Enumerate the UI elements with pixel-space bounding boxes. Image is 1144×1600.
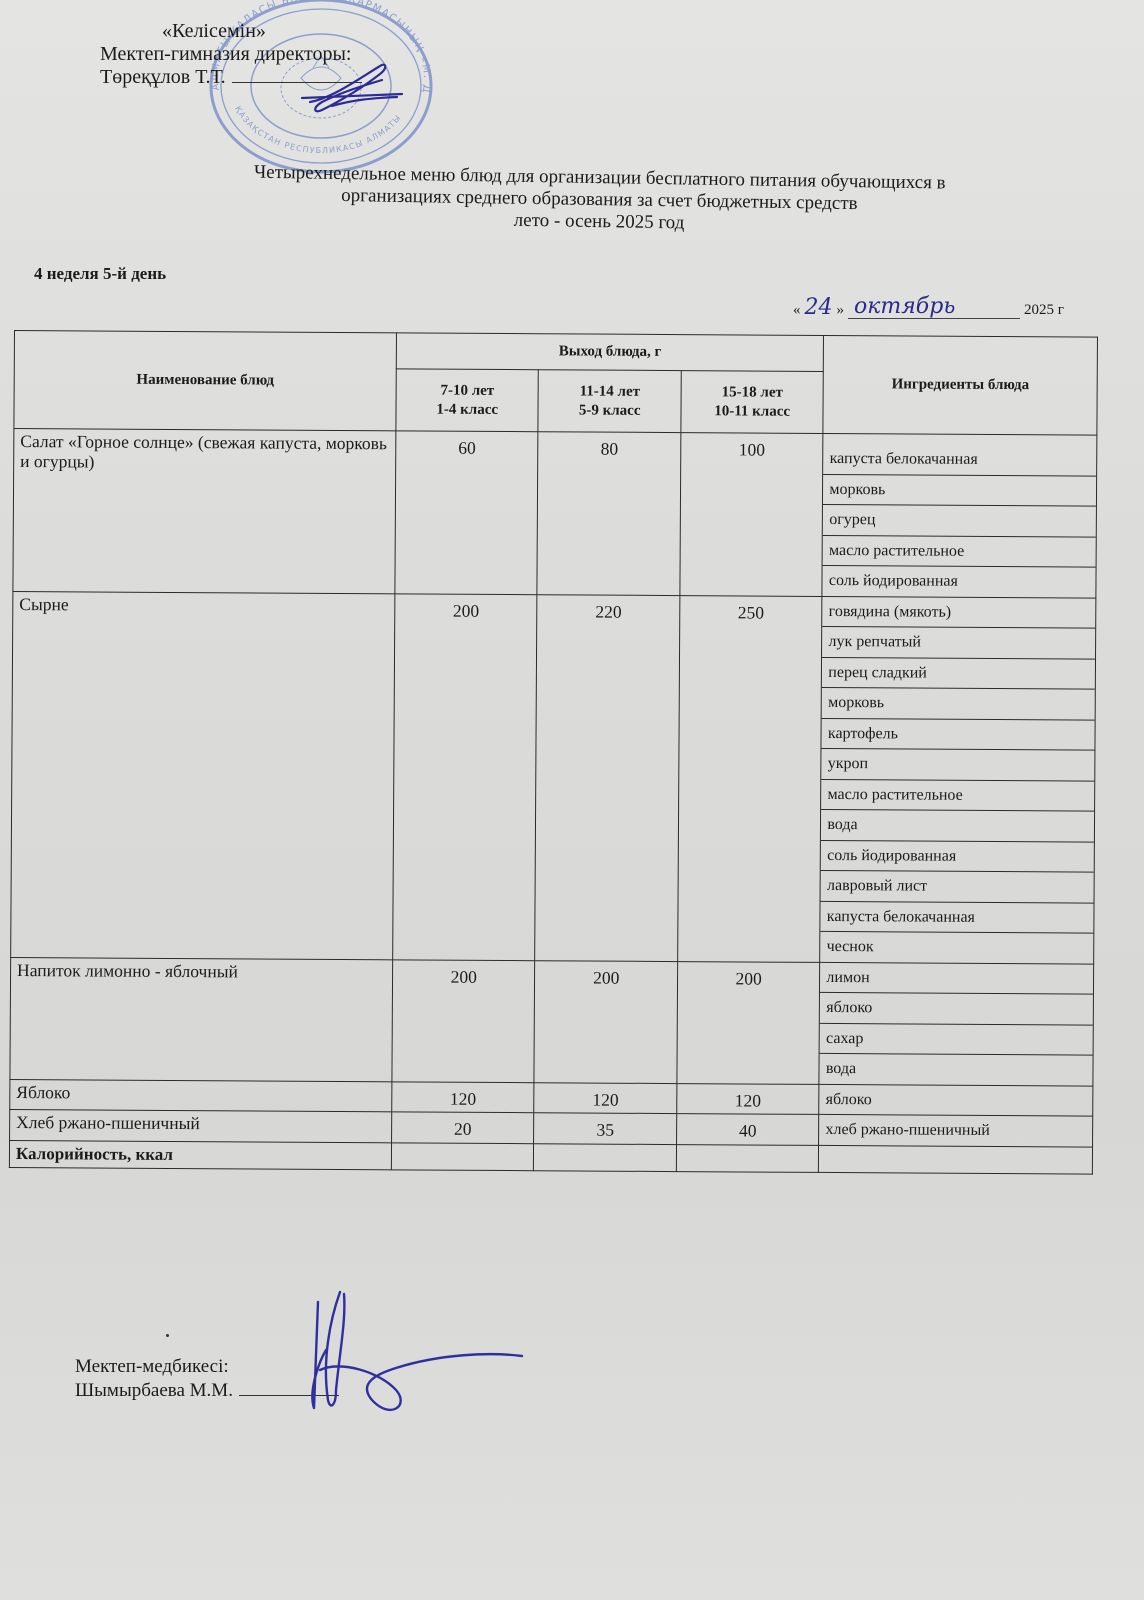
ingredient-item: огурец bbox=[823, 505, 1096, 537]
ingredient-item: капуста белокачанная bbox=[821, 901, 1094, 933]
dish-yield-1: 120 bbox=[392, 1081, 535, 1112]
dish-yield-2: 35 bbox=[534, 1113, 677, 1144]
menu-table: Наименование блюд Выход блюда, г Ингреди… bbox=[9, 330, 1098, 1174]
dish-yield-1: 200 bbox=[393, 593, 538, 960]
ingredient-item: капуста белокачанная bbox=[824, 434, 1097, 476]
header-age-group-2: 11-14 лет5-9 класс bbox=[538, 370, 681, 433]
ingredient-item: хлеб ржано-пшеничный bbox=[819, 1115, 1092, 1146]
dish-yield-3: 100 bbox=[680, 433, 823, 596]
ingredient-item: вода bbox=[821, 810, 1094, 842]
ingredient-item: укроп bbox=[822, 749, 1095, 781]
calorie-label: Калорийность, ккал bbox=[9, 1140, 391, 1169]
ingredients-cell: лимоняблокосахарвода bbox=[819, 962, 1093, 1086]
table-row: Напиток лимонно - яблочный200200200лимон… bbox=[10, 957, 1094, 1086]
ingredient-item: картофель bbox=[822, 718, 1095, 750]
ingredients-list: капуста белокачаннаяморковьогурецмасло р… bbox=[823, 434, 1097, 597]
dish-yield-1: 60 bbox=[395, 431, 538, 594]
ingredient-item: перец сладкий bbox=[822, 657, 1095, 689]
table-row: Сырне200220250говядина (мякоть)лук репча… bbox=[11, 591, 1096, 964]
calorie-value-3 bbox=[676, 1144, 819, 1172]
header-ingredients: Ингредиенты блюда bbox=[823, 335, 1097, 435]
ingredient-item: морковь bbox=[822, 688, 1095, 720]
ingredient-item: говядина (мякоть) bbox=[823, 596, 1096, 628]
ingredient-item: чеснок bbox=[821, 932, 1094, 963]
nurse-name: Шымырбаева М.М. bbox=[75, 1380, 233, 1401]
ingredients-list: говядина (мякоть)лук репчатыйперец сладк… bbox=[821, 596, 1096, 963]
dish-yield-1: 200 bbox=[392, 959, 535, 1082]
calorie-ingredients bbox=[819, 1145, 1093, 1174]
calorie-value-2 bbox=[534, 1143, 677, 1171]
document-page: АЛМАТЫ ҚАЛАСЫ БІЛІМ БАСҚАРМАСЫНЫҢ «М. ДУ… bbox=[0, 0, 1144, 1600]
dish-yield-3: 250 bbox=[678, 595, 823, 962]
approval-label: «Келісемін» bbox=[100, 20, 362, 43]
nurse-signature-icon bbox=[300, 1290, 530, 1430]
menu-table-body: Салат «Горное солнце» (свежая капуста, м… bbox=[10, 429, 1097, 1147]
header-dish-name: Наименование блюд bbox=[14, 331, 397, 431]
ingredients-list: лимоняблокосахарвода bbox=[820, 962, 1093, 1085]
ingredients-cell: говядина (мякоть)лук репчатыйперец сладк… bbox=[820, 596, 1096, 964]
ingredients-list: хлеб ржано-пшеничный bbox=[819, 1115, 1092, 1146]
date-month: октябрь bbox=[848, 296, 1020, 319]
dish-yield-3: 200 bbox=[677, 961, 820, 1084]
ingredient-item: лук репчатый bbox=[822, 627, 1095, 659]
calorie-value-1 bbox=[391, 1142, 534, 1170]
date-day: 24 bbox=[805, 297, 833, 319]
ingredient-item: соль йодированная bbox=[823, 566, 1096, 597]
dish-yield-2: 120 bbox=[534, 1082, 677, 1113]
ingredients-list: яблоко bbox=[820, 1084, 1093, 1115]
ingredients-cell: капуста белокачаннаяморковьогурецмасло р… bbox=[822, 433, 1097, 597]
date-open-quote: « bbox=[793, 302, 801, 319]
ingredient-item: яблоко bbox=[820, 1084, 1093, 1115]
director-name: Төреқұлов Т.Т. bbox=[100, 66, 226, 88]
dish-yield-2: 80 bbox=[537, 432, 680, 595]
ingredient-item: масло растительное bbox=[823, 535, 1096, 567]
date-close-quote: » bbox=[837, 302, 845, 319]
table-row: Салат «Горное солнце» (свежая капуста, м… bbox=[13, 429, 1097, 598]
dish-yield-1: 20 bbox=[392, 1112, 535, 1143]
dish-name: Хлеб ржано-пшеничный bbox=[10, 1109, 392, 1142]
ingredients-cell: яблоко bbox=[819, 1084, 1093, 1116]
week-day-label: 4 неделя 5-й день bbox=[34, 264, 166, 284]
ingredient-item: масло растительное bbox=[821, 779, 1094, 811]
dish-name: Напиток лимонно - яблочный bbox=[10, 957, 393, 1081]
ingredient-item: сахар bbox=[820, 1023, 1093, 1055]
header-yield: Выход блюда, г bbox=[396, 333, 824, 372]
date-year: 2025 г bbox=[1024, 302, 1064, 319]
director-signature-icon bbox=[262, 50, 412, 120]
dish-name: Яблоко bbox=[10, 1079, 392, 1112]
dish-name: Салат «Горное солнце» (свежая капуста, м… bbox=[13, 429, 396, 594]
paper-speck bbox=[166, 1334, 169, 1337]
dish-yield-3: 120 bbox=[677, 1083, 820, 1114]
document-title: Четырехнедельное меню блюд для организац… bbox=[149, 160, 1050, 240]
ingredient-item: морковь bbox=[823, 474, 1096, 506]
dish-name: Сырне bbox=[11, 591, 395, 959]
ingredient-item: вода bbox=[820, 1054, 1093, 1085]
ingredient-item: лавровый лист bbox=[821, 871, 1094, 903]
ingredient-item: яблоко bbox=[820, 993, 1093, 1025]
ingredient-item: соль йодированная bbox=[821, 840, 1094, 872]
dish-yield-3: 40 bbox=[676, 1114, 819, 1145]
header-age-group-1: 7-10 лет1-4 класс bbox=[396, 369, 539, 432]
ingredients-cell: хлеб ржано-пшеничный bbox=[819, 1114, 1093, 1146]
dish-yield-2: 220 bbox=[535, 594, 680, 961]
ingredient-item: лимон bbox=[820, 962, 1093, 994]
date-line: « 24 » октябрь 2025 г bbox=[793, 296, 1064, 319]
header-age-group-3: 15-18 лет10-11 класс bbox=[681, 371, 824, 434]
dish-yield-2: 200 bbox=[534, 960, 677, 1083]
